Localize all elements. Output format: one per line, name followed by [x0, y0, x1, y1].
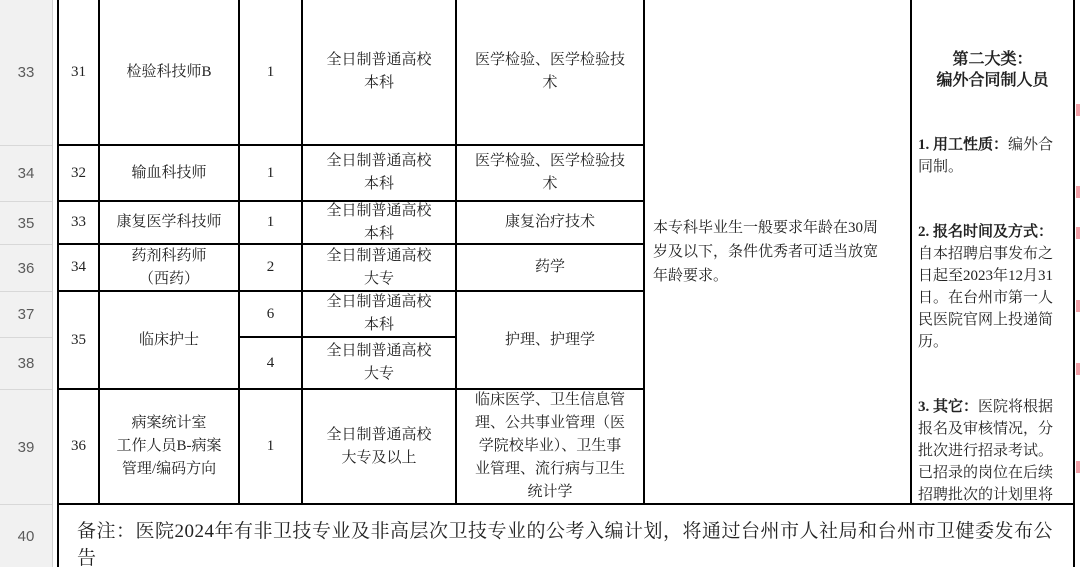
cell-major[interactable]: 护理、护理学: [457, 292, 645, 390]
notes-heading: 第二大类： 编外合同制人员: [918, 49, 1067, 91]
cell-seq[interactable]: 33: [59, 202, 100, 245]
cell-post-name[interactable]: 康复医学科技师: [100, 202, 240, 245]
cell-notes[interactable]: 第二大类： 编外合同制人员 1. 用工性质：编外合同制。 2. 报名时间及方式：…: [912, 0, 1075, 505]
cell-education[interactable]: 全日制普通高校 大专及以上: [303, 390, 457, 505]
cell-major[interactable]: 临床医学、卫生信息管 理、公共事业管理（医 学院校毕业）、卫生事 业管理、流行病…: [457, 390, 645, 505]
cell-post-name[interactable]: 临床护士: [100, 292, 240, 390]
cell-major[interactable]: 医学检验、医学检验技 术: [457, 0, 645, 146]
notes-section-3: 3. 其它：医院将根据报名及审核情况，分批次进行招录考试。已招录的岗位在后续招聘…: [918, 396, 1067, 505]
cell-education[interactable]: 全日制普通高校 本科: [303, 292, 457, 338]
cell-seq[interactable]: 31: [59, 0, 100, 146]
cell-education[interactable]: 全日制普通高校 大专: [303, 245, 457, 292]
cell-education[interactable]: 全日制普通高校 本科: [303, 0, 457, 146]
cell-count[interactable]: 1: [240, 202, 303, 245]
cell-education[interactable]: 全日制普通高校 本科: [303, 146, 457, 202]
cell-post-name[interactable]: 病案统计室 工作人员B-病案 管理/编码方向: [100, 390, 240, 505]
cell-seq[interactable]: 35: [59, 292, 100, 390]
notes-section-2: 2. 报名时间及方式：自本招聘启事发布之日起至2023年12月31日。在台州市第…: [918, 221, 1067, 353]
cell-post-name[interactable]: 检验科技师B: [100, 0, 240, 146]
cell-count[interactable]: 2: [240, 245, 303, 292]
cell-major[interactable]: 药学: [457, 245, 645, 292]
cell-major[interactable]: 康复治疗技术: [457, 202, 645, 245]
cell-education[interactable]: 全日制普通高校 本科: [303, 202, 457, 245]
cell-post-name[interactable]: 输血科技师: [100, 146, 240, 202]
red-artifact-mark: [1076, 363, 1080, 375]
red-artifact-mark: [1076, 186, 1080, 198]
cell-age-requirement[interactable]: 本专科毕业生一般要求年龄在30周 岁及以下，条件优秀者可适当放宽 年龄要求。: [645, 0, 912, 505]
cell-count[interactable]: 4: [240, 338, 303, 390]
cell-major[interactable]: 医学检验、医学检验技 术: [457, 146, 645, 202]
cell-seq[interactable]: 32: [59, 146, 100, 202]
cell-seq[interactable]: 34: [59, 245, 100, 292]
red-artifact-mark: [1076, 227, 1080, 239]
row-number-34[interactable]: 34: [0, 146, 52, 202]
row-number-40[interactable]: 40: [0, 505, 52, 567]
cell-remark[interactable]: 备注：医院2024年有非卫技专业及非高层次卫技专业的公考入编计划，将通过台州市人…: [59, 505, 1075, 567]
row-number-33[interactable]: 33: [0, 0, 52, 146]
row-number-39[interactable]: 39: [0, 390, 52, 505]
cell-seq[interactable]: 36: [59, 390, 100, 505]
spreadsheet-table-view: 33 34 35 36 37 38 39 40 31 检验科技师B 1 全日制普…: [0, 0, 1080, 567]
notes-section-1: 1. 用工性质：编外合同制。: [918, 134, 1067, 178]
red-artifact-mark: [1076, 300, 1080, 312]
cell-count[interactable]: 1: [240, 146, 303, 202]
cell-education[interactable]: 全日制普通高校 大专: [303, 338, 457, 390]
row-number-35[interactable]: 35: [0, 202, 52, 245]
row-number-column: 33 34 35 36 37 38 39 40: [0, 0, 53, 567]
red-artifact-mark: [1076, 461, 1080, 473]
cell-count[interactable]: 6: [240, 292, 303, 338]
row-number-38[interactable]: 38: [0, 338, 52, 390]
row-number-36[interactable]: 36: [0, 245, 52, 292]
cell-count[interactable]: 1: [240, 390, 303, 505]
cell-post-name[interactable]: 药剂科药师 （西药）: [100, 245, 240, 292]
red-artifact-mark: [1076, 104, 1080, 116]
row-number-37[interactable]: 37: [0, 292, 52, 338]
cell-count[interactable]: 1: [240, 0, 303, 146]
